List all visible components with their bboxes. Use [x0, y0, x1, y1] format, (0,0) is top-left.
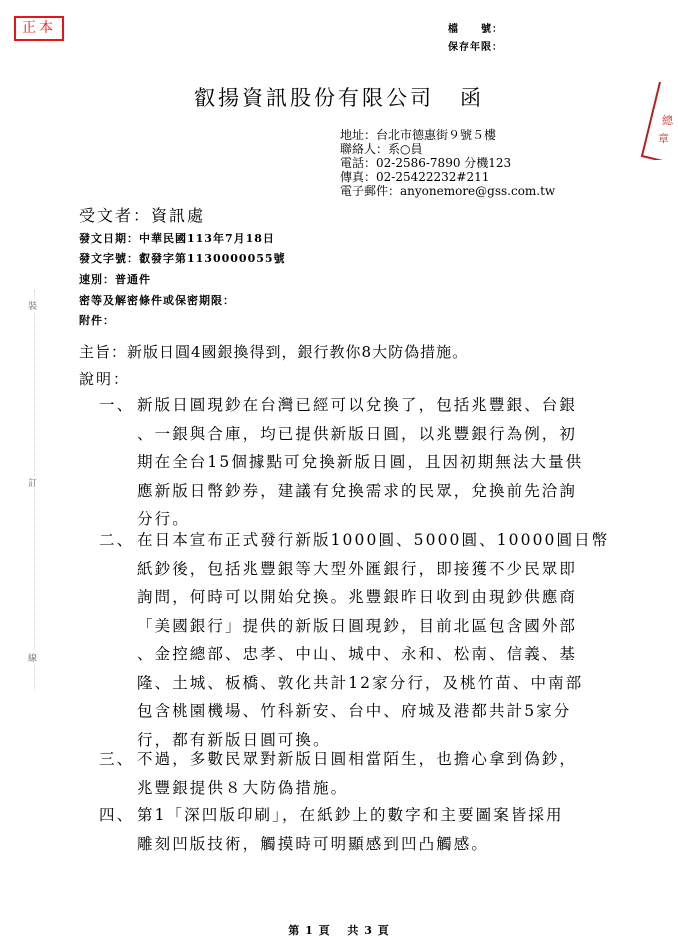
paragraph-line: 、一銀與合庫，均已提供新版日圓，以兆豐銀行為例，初	[99, 420, 609, 449]
seal-char-2: 章	[658, 131, 669, 145]
subject: 主旨：新版日圓4國銀換得到，銀行教你8大防偽措施。	[79, 341, 468, 362]
paragraph-3: 三、 不過，多數民眾對新版日圓相當陌生，也擔心拿到偽鈔， 兆豐銀提供８大防偽措施…	[99, 745, 609, 802]
email: 電子郵件：anyonemore@gss.com.tw	[340, 184, 555, 198]
recipient: 受文者：資訊處	[79, 203, 205, 226]
paragraph-line: 新版日圓現鈔在台灣已經可以兌換了，包括兆豐銀、台銀	[99, 391, 609, 420]
document-number: 發文字號：叡發字第1130000055號	[79, 250, 286, 266]
paragraph-line: 期在全台15個據點可兌換新版日圓，且因初期無法大量供	[99, 448, 609, 477]
paragraph-line: 詢問，何時可以開始兌換。兆豐銀昨日收到由現鈔供應商	[99, 583, 609, 612]
paragraph-line: 、金控總部、忠孝、中山、城中、永和、松南、信義、基	[99, 640, 609, 669]
delivery-speed: 速別：普通件	[79, 271, 151, 287]
phone: 電話：02-2586-7890 分機123	[340, 156, 555, 170]
paragraph-4: 四、 第1「深凹版印刷」，在紙鈔上的數字和主要圖案皆採用 雕刻凹版技術，觸摸時可…	[99, 801, 609, 858]
binding-margin-line	[34, 290, 35, 690]
paragraph-1: 一、 新版日圓現鈔在台灣已經可以兌換了，包括兆豐銀、台銀 、一銀與合庫，均已提供…	[99, 391, 609, 534]
paragraph-line: 應新版日幣鈔券，建議有兌換需求的民眾，兌換前先洽詢	[99, 477, 609, 506]
contact-person: 聯絡人：系○員	[340, 142, 555, 156]
paragraph-line: 在日本宣布正式發行新版1000圓、5000圓、10000圓日幣	[99, 526, 609, 555]
explanation-label: 說明：	[79, 368, 130, 389]
document-type: 函	[460, 86, 484, 110]
page-indicator: 第 1 頁 共 3 頁	[0, 922, 678, 938]
company-seal-icon: 總 章	[640, 80, 678, 160]
paragraph-line: 「美國銀行」提供的新版日圓現鈔，目前北區包含國外部	[99, 612, 609, 641]
fax: 傳真：02-25422232#211	[340, 170, 555, 184]
binding-char-zhuang: 裝	[28, 299, 37, 312]
paragraph-line: 兆豐銀提供８大防偽措施。	[99, 774, 609, 803]
address: 地址：台北市德惠街９號５樓	[340, 128, 555, 142]
company-name: 叡揚資訊股份有限公司	[194, 86, 434, 110]
paragraph-2: 二、 在日本宣布正式發行新版1000圓、5000圓、10000圓日幣 紙鈔後，包…	[99, 526, 609, 754]
retention-period-label: 保存年限：	[448, 38, 503, 53]
paragraph-line: 隆、土城、板橋、敦化共計12家分行，及桃竹苗、中南部	[99, 669, 609, 698]
paragraph-line: 不過，多數民眾對新版日圓相當陌生，也擔心拿到偽鈔，	[99, 745, 609, 774]
paragraph-line: 紙鈔後，包括兆豐銀等大型外匯銀行，即接獲不少民眾即	[99, 555, 609, 584]
binding-char-xian: 線	[28, 651, 37, 664]
paragraph-line: 包含桃園機場、竹科新安、台中、府城及港都共計5家分	[99, 697, 609, 726]
paragraph-line: 雕刻凹版技術，觸摸時可明顯感到凹凸觸感。	[99, 830, 609, 859]
file-number-label: 檔 號：	[448, 20, 503, 35]
seal-char-1: 總	[662, 114, 674, 127]
confidentiality: 密等及解密條件或保密期限：	[79, 292, 235, 308]
paragraph-line: 第1「深凹版印刷」，在紙鈔上的數字和主要圖案皆採用	[99, 801, 609, 830]
binding-char-ding: 訂	[28, 476, 37, 489]
issue-date: 發文日期：中華民國113年7月18日	[79, 230, 275, 246]
attachments: 附件：	[79, 312, 115, 328]
paragraph-number: 二、	[99, 526, 137, 555]
original-copy-stamp: 正本	[14, 16, 64, 41]
paragraph-number: 四、	[99, 801, 137, 830]
paragraph-number: 三、	[99, 745, 137, 774]
document-title: 叡揚資訊股份有限公司函	[0, 82, 678, 112]
paragraph-number: 一、	[99, 391, 137, 420]
contact-block: 地址：台北市德惠街９號５樓 聯絡人：系○員 電話：02-2586-7890 分機…	[340, 128, 555, 198]
